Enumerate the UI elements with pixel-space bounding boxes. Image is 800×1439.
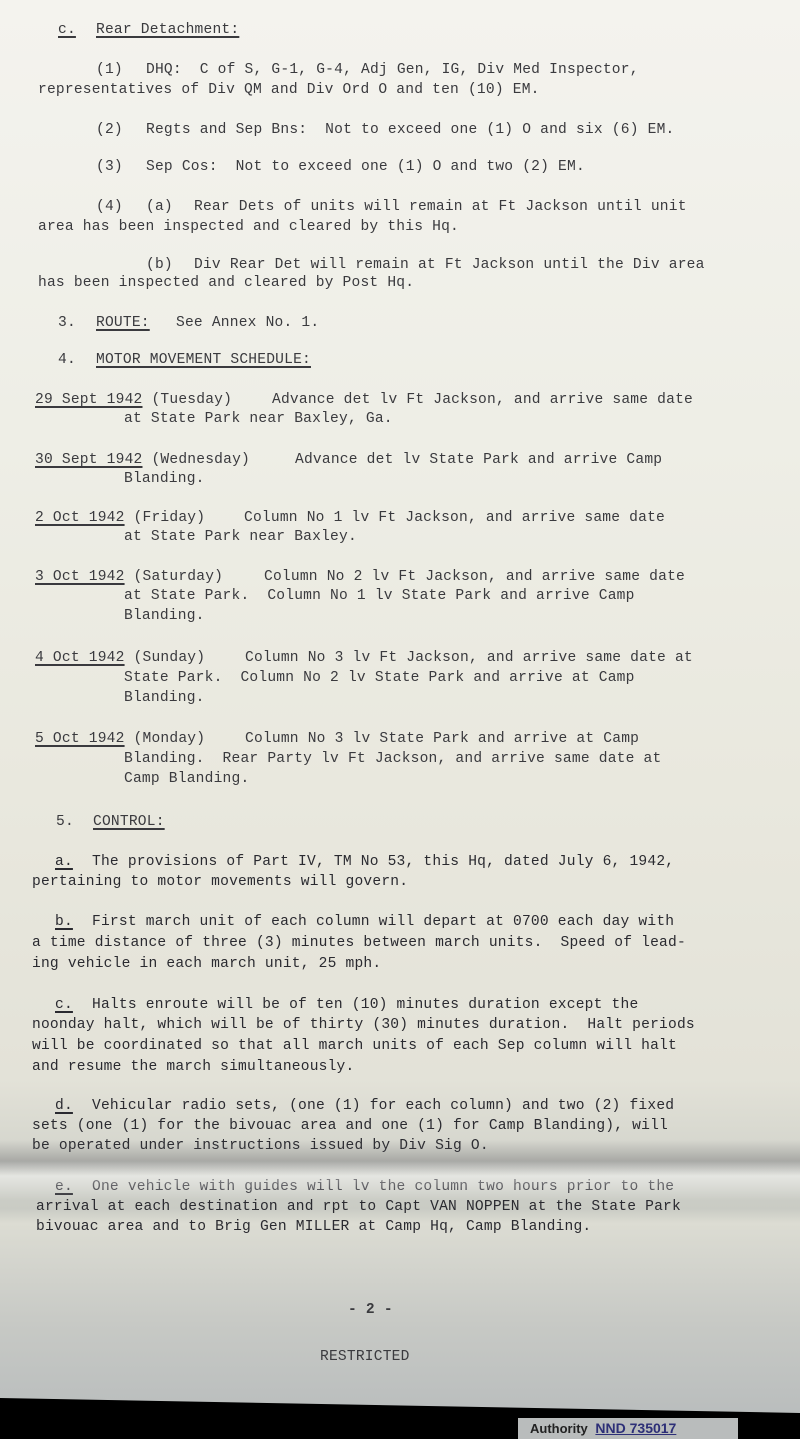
section-4-num: 4. <box>58 350 76 370</box>
para-line: and resume the march simultaneously. <box>32 1057 354 1077</box>
para-marker: d. <box>55 1096 73 1116</box>
schedule-line-1: Column No 2 lv Ft Jackson, and arrive sa… <box>264 567 685 587</box>
heading-text: MOTOR MOVEMENT SCHEDULE: <box>96 352 311 368</box>
item-4b-line-2: has been inspected and cleared by Post H… <box>38 273 414 293</box>
date-text: 2 Oct 1942 <box>35 510 125 526</box>
section-3-heading: ROUTE: <box>96 313 150 333</box>
para-line: Halts enroute will be of ten (10) minute… <box>92 995 638 1015</box>
schedule-line-2: Blanding. <box>124 469 205 489</box>
section-3-text: See Annex No. 1. <box>176 313 319 333</box>
marker-text: a. <box>55 854 73 870</box>
authority-value: NND 735017 <box>595 1420 676 1436</box>
item-4a-sub: (a) <box>146 197 173 217</box>
schedule-date: 5 Oct 1942 (Monday) <box>35 729 205 749</box>
section-5-heading: CONTROL: <box>93 812 165 832</box>
marker-text: c. <box>55 997 73 1013</box>
date-text: 3 Oct 1942 <box>35 569 125 585</box>
marker-text: e. <box>55 1179 73 1195</box>
para-line: be operated under instructions issued by… <box>32 1136 489 1156</box>
schedule-line-2: at State Park near Baxley, Ga. <box>124 409 393 429</box>
section-marker: c. <box>58 20 76 40</box>
schedule-line-1: Column No 1 lv Ft Jackson, and arrive sa… <box>244 508 665 528</box>
para-line: pertaining to motor movements will gover… <box>32 872 408 892</box>
para-marker: a. <box>55 852 73 872</box>
section-c-marker: c. <box>58 22 76 38</box>
schedule-date: 3 Oct 1942 (Saturday) <box>35 567 223 587</box>
section-5-num: 5. <box>56 812 74 832</box>
heading-text: CONTROL: <box>93 814 165 830</box>
para-line: sets (one (1) for the bivouac area and o… <box>32 1116 668 1136</box>
para-marker: b. <box>55 912 73 932</box>
item-4a-line-1: Rear Dets of units will remain at Ft Jac… <box>194 197 687 217</box>
date-text: 5 Oct 1942 <box>35 731 125 747</box>
para-line: Vehicular radio sets, (one (1) for each … <box>92 1096 674 1116</box>
heading-text: Rear Detachment: <box>96 22 239 38</box>
day-text: (Friday) <box>134 510 206 526</box>
para-line: First march unit of each column will dep… <box>92 912 674 932</box>
schedule-line-2: at State Park. Column No 1 lv State Park… <box>124 586 635 606</box>
document-page: c. Rear Detachment: (1) DHQ: C of S, G-1… <box>0 0 800 1439</box>
authority-label: Authority <box>530 1421 588 1436</box>
item-1-line-2: representatives of Div QM and Div Ord O … <box>38 80 540 100</box>
schedule-line-1: Column No 3 lv State Park and arrive at … <box>245 729 639 749</box>
item-1-line-1: DHQ: C of S, G-1, G-4, Adj Gen, IG, Div … <box>146 60 639 80</box>
para-line: arrival at each destination and rpt to C… <box>36 1197 681 1217</box>
date-text: 4 Oct 1942 <box>35 650 125 666</box>
schedule-date: 29 Sept 1942 (Tuesday) <box>35 390 232 410</box>
schedule-date: 4 Oct 1942 (Sunday) <box>35 648 205 668</box>
item-4b-line-1: Div Rear Det will remain at Ft Jackson u… <box>194 255 705 275</box>
item-3-num: (3) <box>96 157 123 177</box>
item-2-num: (2) <box>96 120 123 140</box>
para-line: The provisions of Part IV, TM No 53, thi… <box>92 852 674 872</box>
schedule-line-3: Blanding. <box>124 688 205 708</box>
schedule-line-2: at State Park near Baxley. <box>124 527 357 547</box>
date-text: 30 Sept 1942 <box>35 452 143 468</box>
item-3-line-1: Sep Cos: Not to exceed one (1) O and two… <box>146 157 585 177</box>
para-line: ing vehicle in each march unit, 25 mph. <box>32 954 381 974</box>
classification-marking: RESTRICTED <box>320 1347 410 1367</box>
para-line: One vehicle with guides will lv the colu… <box>92 1177 674 1197</box>
schedule-line-2: State Park. Column No 2 lv State Park an… <box>124 668 635 688</box>
schedule-line-3: Blanding. <box>124 606 205 626</box>
heading-text: ROUTE: <box>96 315 150 331</box>
day-text: (Monday) <box>134 731 206 747</box>
schedule-date: 2 Oct 1942 (Friday) <box>35 508 205 528</box>
section-3-num: 3. <box>58 313 76 333</box>
para-marker: c. <box>55 995 73 1015</box>
para-line: a time distance of three (3) minutes bet… <box>32 933 686 953</box>
item-4-num: (4) <box>96 197 123 217</box>
item-4b-sub: (b) <box>146 255 173 275</box>
schedule-line-3: Camp Blanding. <box>124 769 249 789</box>
schedule-date: 30 Sept 1942 (Wednesday) <box>35 450 250 470</box>
section-4-heading: MOTOR MOVEMENT SCHEDULE: <box>96 350 311 370</box>
section-heading-rear-detachment: Rear Detachment: <box>96 20 239 40</box>
schedule-line-1: Advance det lv State Park and arrive Cam… <box>295 450 662 470</box>
schedule-line-1: Column No 3 lv Ft Jackson, and arrive sa… <box>245 648 693 668</box>
page-number: - 2 - <box>348 1300 393 1320</box>
authority-stamp: Authority NND 735017 <box>518 1418 738 1439</box>
day-text: (Saturday) <box>134 569 224 585</box>
marker-text: b. <box>55 914 73 930</box>
schedule-line-2: Blanding. Rear Party lv Ft Jackson, and … <box>124 749 661 769</box>
marker-text: d. <box>55 1098 73 1114</box>
day-text: (Wednesday) <box>151 452 250 468</box>
item-2-line-1: Regts and Sep Bns: Not to exceed one (1)… <box>146 120 675 140</box>
para-line: bivouac area and to Brig Gen MILLER at C… <box>36 1217 591 1237</box>
para-line: noonday halt, which will be of thirty (3… <box>32 1015 695 1035</box>
day-text: (Sunday) <box>134 650 206 666</box>
day-text: (Tuesday) <box>151 392 232 408</box>
para-line: will be coordinated so that all march un… <box>32 1036 677 1056</box>
date-text: 29 Sept 1942 <box>35 392 143 408</box>
schedule-line-1: Advance det lv Ft Jackson, and arrive sa… <box>272 390 693 410</box>
item-4a-line-2: area has been inspected and cleared by t… <box>38 217 459 237</box>
para-marker: e. <box>55 1177 73 1197</box>
item-1-num: (1) <box>96 60 123 80</box>
